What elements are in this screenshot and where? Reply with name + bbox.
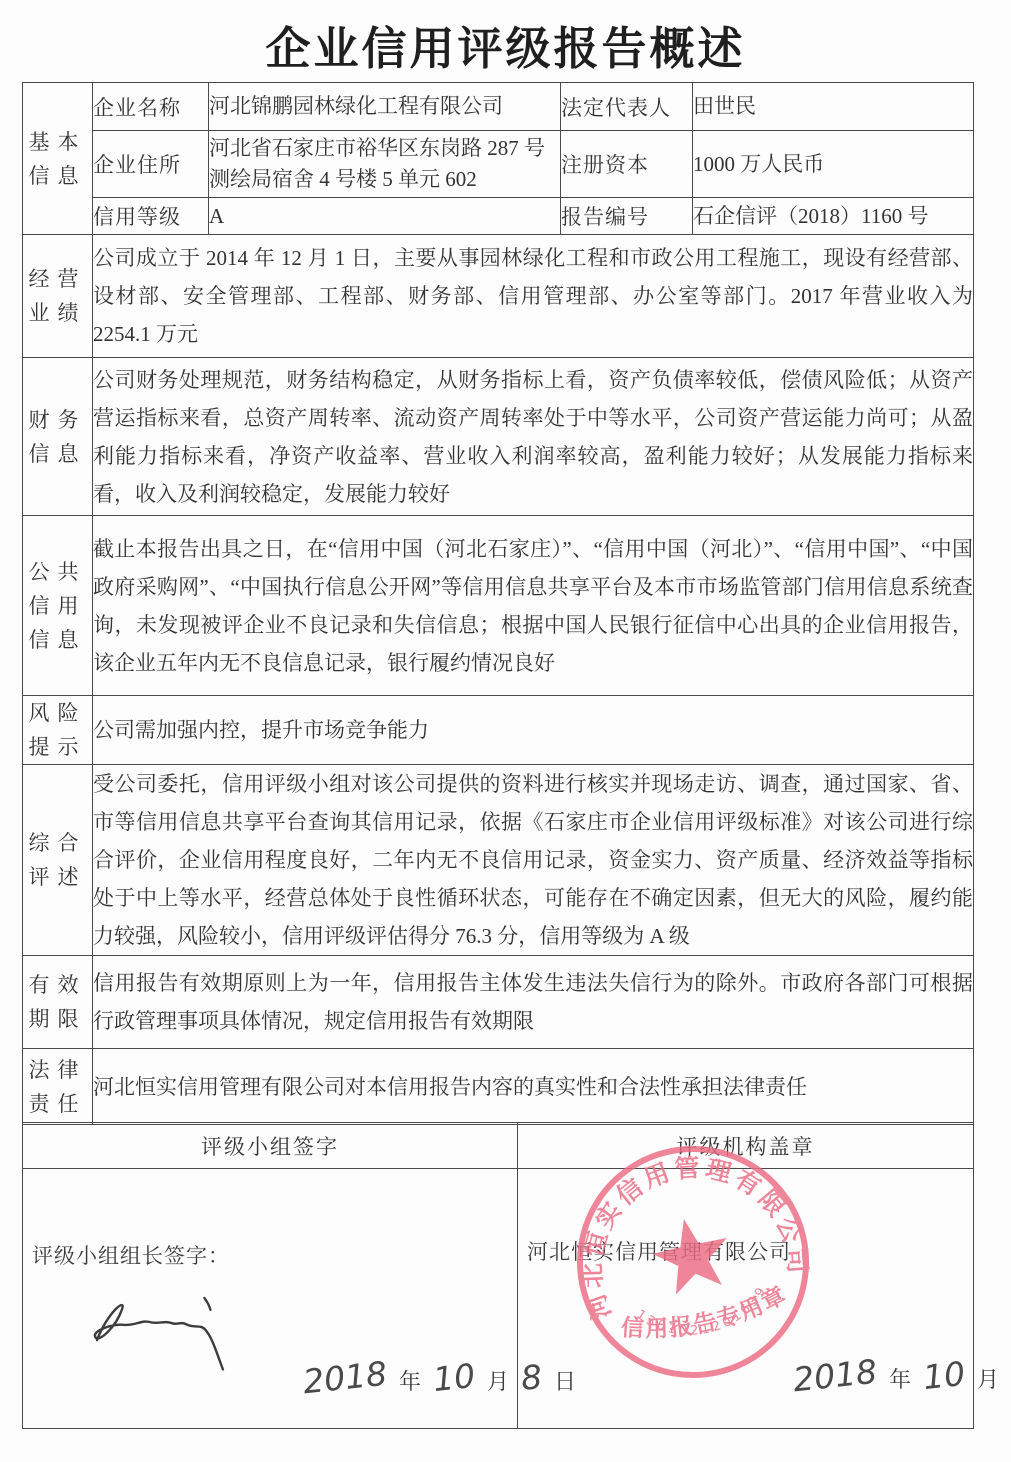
right-date-year-unit: 年: [889, 1367, 911, 1392]
table-row: 综合评述 受公司委托，信用评级小组对该公司提供的资料进行核实并现场走访、调查，通…: [23, 765, 974, 956]
section-label-validity-period: 有效期限: [23, 956, 93, 1049]
table-row: 财务信息 公司财务处理规范，财务结构稳定，从财务指标上看，资产负债率较低，偿债风…: [23, 358, 974, 516]
section-label-legal-liability: 法律责任: [23, 1049, 93, 1125]
left-date-day-unit: 日: [554, 1369, 576, 1394]
field-label-legal-representative: 法定代表人: [561, 83, 693, 131]
field-label-report-number: 报告编号: [561, 198, 693, 235]
leader-signature-handwriting: [82, 1281, 245, 1385]
left-date-year-unit: 年: [399, 1369, 421, 1394]
section-content-business-performance: 公司成立于 2014 年 12 月 1 日，主要从事园林绿化工程和市政公用工程施…: [93, 235, 974, 358]
field-value-company-name: 河北锦鹏园林绿化工程有限公司: [209, 83, 561, 131]
field-label-credit-grade: 信用等级: [93, 198, 209, 235]
left-date-month: 10: [431, 1356, 477, 1399]
section-label-public-credit-info: 公共信用信息: [23, 516, 93, 696]
left-date-day: 8: [519, 1357, 544, 1398]
field-label-registered-capital: 注册资本: [561, 131, 693, 198]
section-label-business-performance: 经营业绩: [23, 235, 93, 358]
signature-left-header: 评级小组签字: [23, 1123, 518, 1169]
section-label-overall-review: 综合评述: [23, 765, 93, 956]
right-date: 2018 年 10 月 8 日: [790, 1356, 1011, 1395]
agency-stamp: 河北恒实信用管理有限公司 信用报告专用章 1301021201639: [551, 1120, 836, 1405]
left-date: 2018 年 10 月 8 日: [300, 1358, 581, 1397]
report-page: 企业信用评级报告概述 基本信息 企业名称 河北锦鹏园林绿化工程有限公司 法定代表…: [0, 0, 1011, 1462]
section-label-basic-info: 基本信息: [23, 83, 93, 235]
field-label-company-address: 企业住所: [93, 131, 209, 198]
section-content-financial-info: 公司财务处理规范，财务结构稳定，从财务指标上看，资产负债率较低，偿债风险低；从资…: [93, 358, 974, 516]
field-value-company-address: 河北省石家庄市裕华区东岗路 287 号测绘局宿舍 4 号楼 5 单元 602: [209, 131, 561, 198]
table-row: 法律责任 河北恒实信用管理有限公司对本信用报告内容的真实性和合法性承担法律责任: [23, 1049, 974, 1125]
field-value-legal-representative: 田世民: [693, 83, 974, 131]
table-row: 企业住所 河北省石家庄市裕华区东岗路 287 号测绘局宿舍 4 号楼 5 单元 …: [23, 131, 974, 198]
section-content-public-credit-info: 截止本报告出具之日，在“信用中国（河北石家庄）”、“信用中国（河北）”、“信用中…: [93, 516, 974, 696]
section-label-financial-info: 财务信息: [23, 358, 93, 516]
table-row: 有效期限 信用报告有效期原则上为一年，信用报告主体发生违法失信行为的除外。市政府…: [23, 956, 974, 1049]
page-title: 企业信用评级报告概述: [0, 12, 1011, 77]
table-row: 基本信息 企业名称 河北锦鹏园林绿化工程有限公司 法定代表人 田世民: [23, 83, 974, 131]
right-date-month-unit: 月: [977, 1367, 999, 1392]
field-value-report-number: 石企信评（2018）1160 号: [693, 198, 974, 235]
section-content-risk-warning: 公司需加强内控，提升市场竞争能力: [93, 696, 974, 765]
table-row: 评级小组签字 评级机构盖章: [23, 1123, 974, 1169]
left-date-year: 2018: [301, 1354, 389, 1402]
stamp-star-icon: [647, 1211, 736, 1298]
section-content-legal-liability: 河北恒实信用管理有限公司对本信用报告内容的真实性和合法性承担法律责任: [93, 1049, 974, 1125]
leader-signature-label: 评级小组组长签字：: [32, 1240, 230, 1270]
left-date-month-unit: 月: [487, 1369, 509, 1394]
right-date-month: 10: [921, 1354, 967, 1397]
table-row: 公共信用信息 截止本报告出具之日，在“信用中国（河北石家庄）”、“信用中国（河北…: [23, 516, 974, 696]
field-value-registered-capital: 1000 万人民币: [693, 131, 974, 198]
table-row: 经营业绩 公司成立于 2014 年 12 月 1 日，主要从事园林绿化工程和市政…: [23, 235, 974, 358]
report-table: 基本信息 企业名称 河北锦鹏园林绿化工程有限公司 法定代表人 田世民 企业住所 …: [22, 82, 974, 1125]
table-row: 风险提示 公司需加强内控，提升市场竞争能力: [23, 696, 974, 765]
section-label-risk-warning: 风险提示: [23, 696, 93, 765]
section-content-validity-period: 信用报告有效期原则上为一年，信用报告主体发生违法失信行为的除外。市政府各部门可根…: [93, 956, 974, 1049]
field-label-company-name: 企业名称: [93, 83, 209, 131]
field-value-credit-grade: A: [209, 198, 561, 235]
section-content-overall-review: 受公司委托，信用评级小组对该公司提供的资料进行核实并现场走访、调查，通过国家、省…: [93, 765, 974, 956]
table-row: 信用等级 A 报告编号 石企信评（2018）1160 号: [23, 198, 974, 235]
